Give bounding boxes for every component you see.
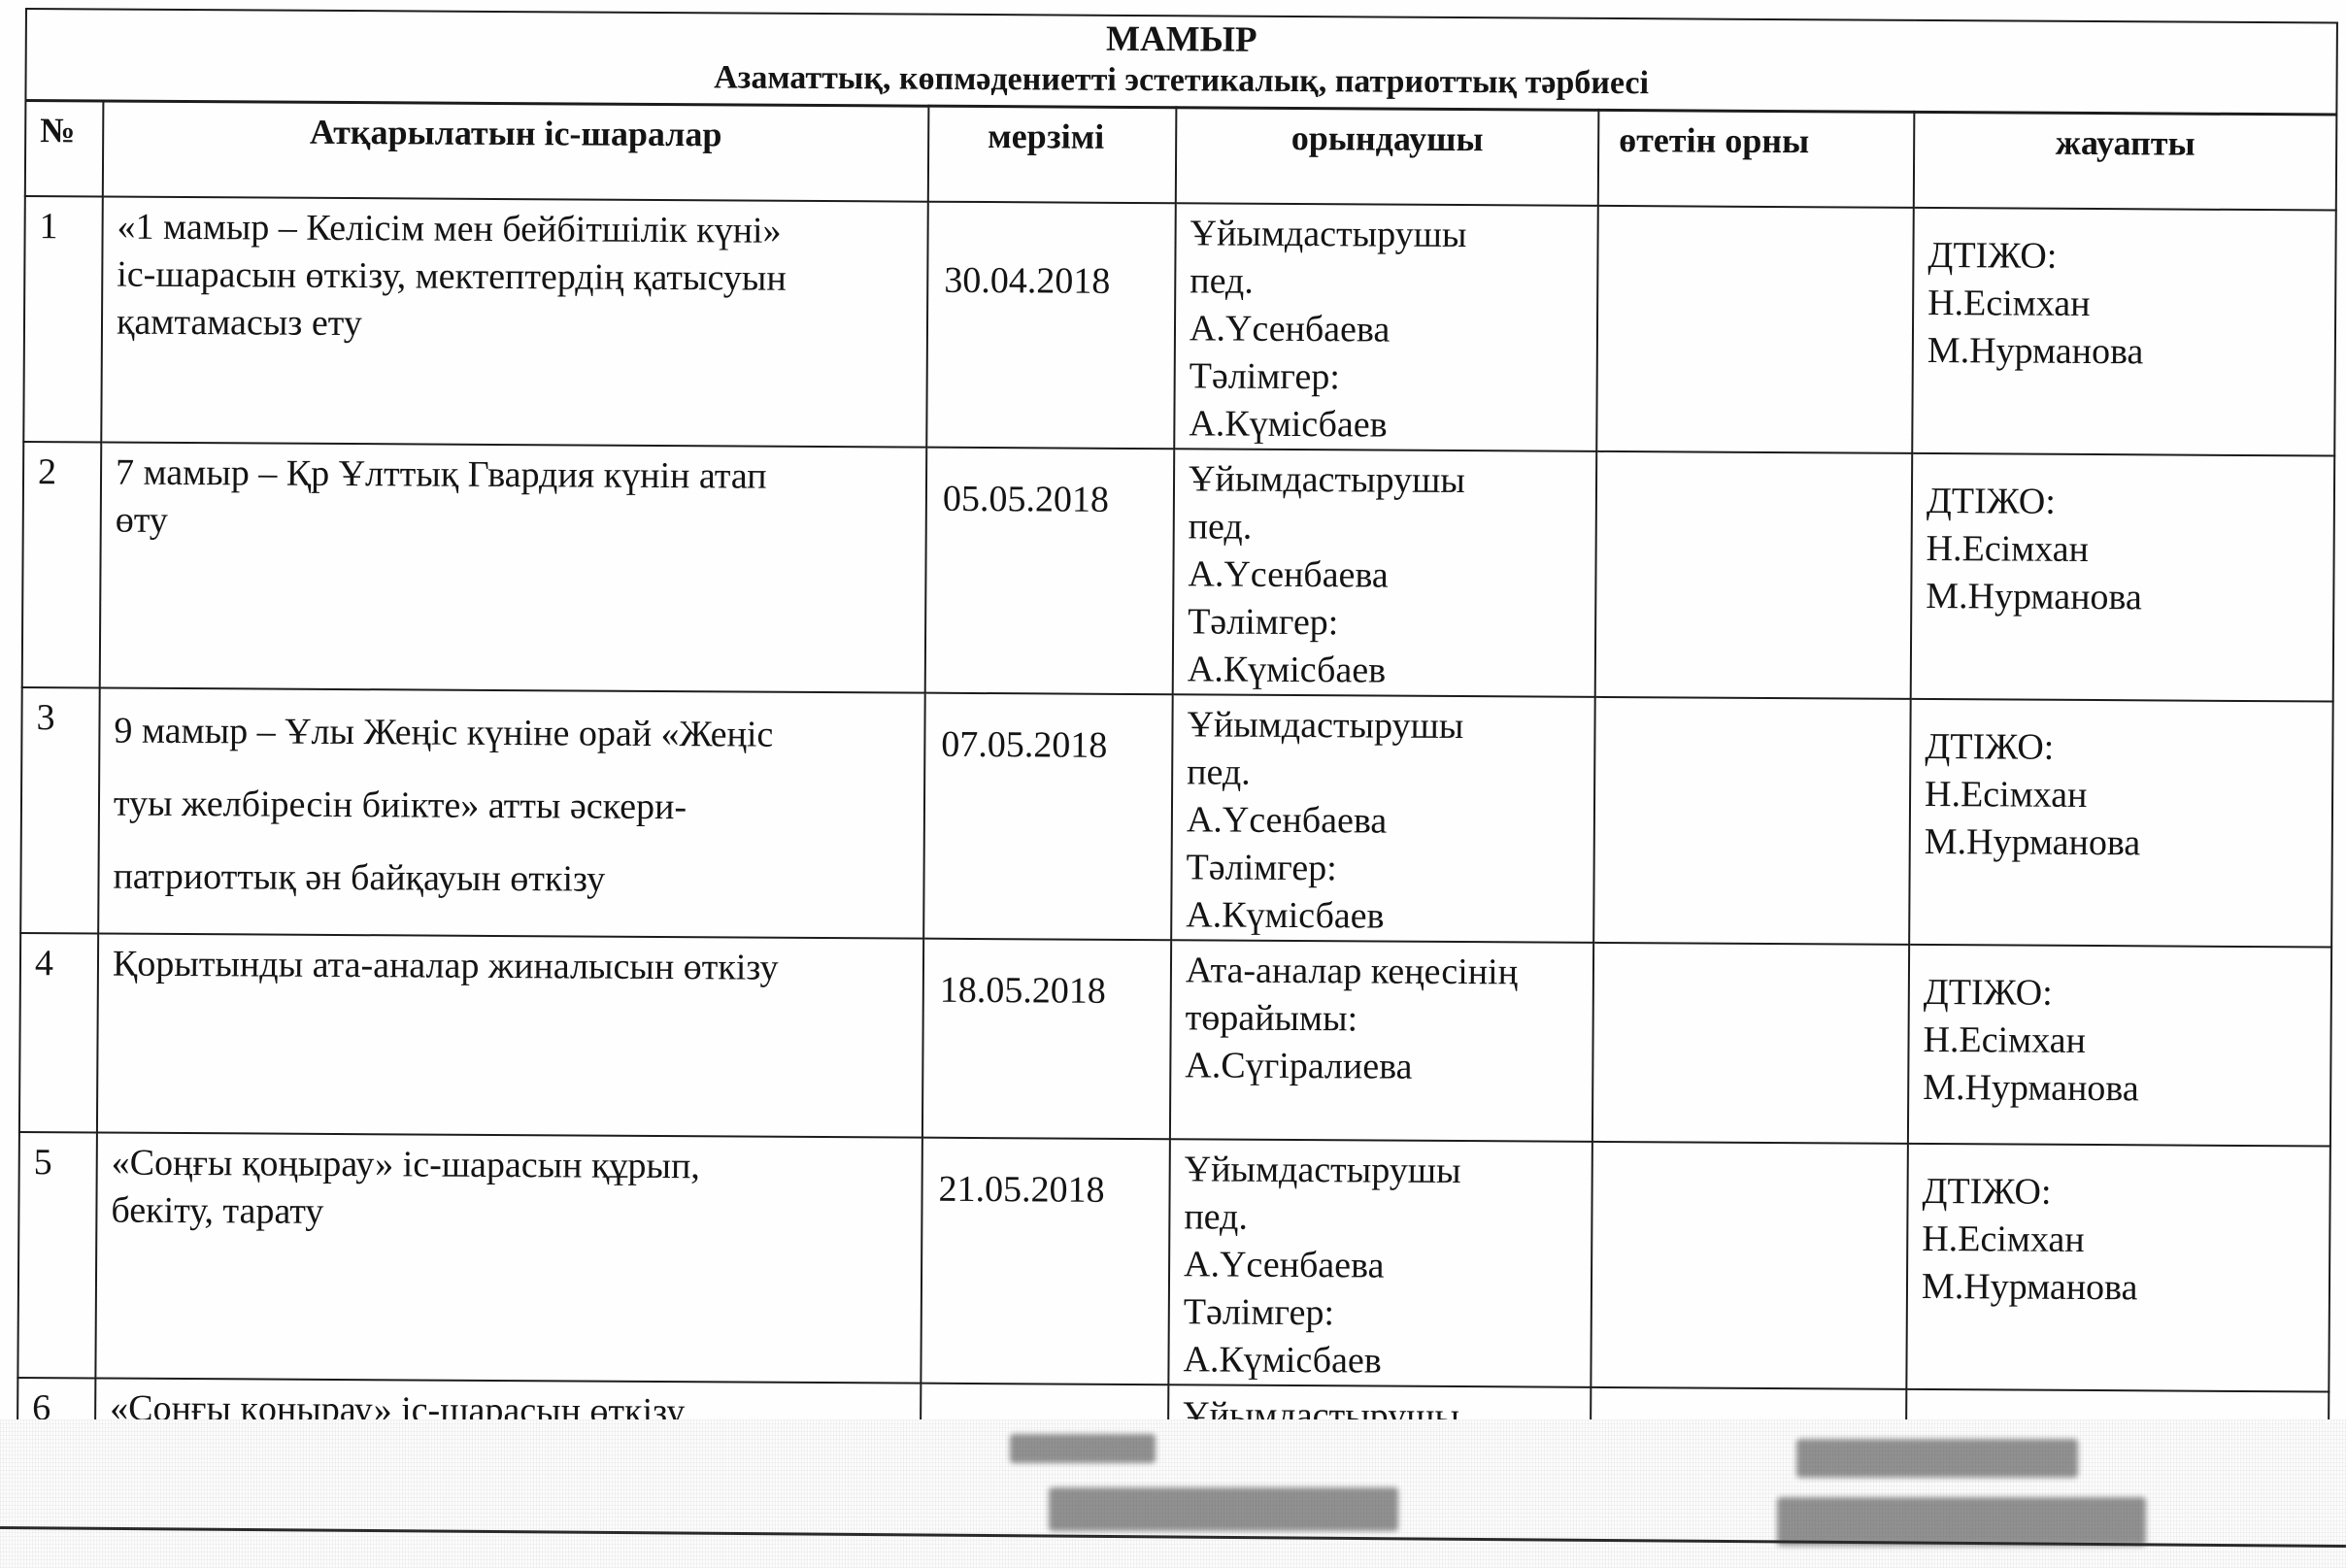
performer-text-line: Тәлімгер: (1184, 1288, 1591, 1339)
activity-text-line: «1 мамыр – Келісім мен бейбітшілік күні» (117, 204, 913, 256)
responsible-cell: ДТІЖО:Н.ЕсімханМ.Нурманова (1911, 453, 2335, 702)
performer-text-line: А.Үсенбаева (1184, 1241, 1591, 1291)
row-number: 5 (17, 1132, 97, 1378)
redaction-smudge (1010, 1434, 1156, 1463)
responsible-cell: ДТІЖО:Н.ЕсімханМ.Нурманова (1906, 1144, 2330, 1392)
row-number: 3 (20, 687, 100, 933)
responsible-cell: ДТІЖО:Н.ЕсімханМ.Нурманова (1908, 945, 2331, 1147)
venue-cell (1592, 943, 1909, 1144)
responsible-cell: ДТІЖО:Н.ЕсімханМ.Нурманова (1909, 699, 2333, 948)
responsible-text-line: ДТІЖО: (1924, 969, 2330, 1019)
activity-text-line: өту (116, 497, 912, 550)
column-header-performer: орындаушы (1176, 108, 1599, 206)
performer-text-line: А.Үсенбаева (1188, 550, 1594, 601)
deadline-cell: 30.04.2018 (926, 202, 1176, 450)
table-row: 27 мамыр – Қр Ұлттық Гвардия күнін атапө… (22, 442, 2335, 702)
performer-text-line: пед. (1189, 503, 1595, 553)
performer-text-line: А.Күмісбаев (1188, 646, 1594, 696)
table-row: 4Қорытынды ата-аналар жиналысын өткізу18… (19, 933, 2331, 1147)
performer-text-line: Тәлімгер: (1188, 598, 1594, 649)
activity-text-line: 9 мамыр – Ұлы Жеңіс күніне орай «Жеңіс (114, 695, 910, 773)
performer-text-line: Ұйымдастырушы (1185, 1146, 1592, 1196)
performer-text-line: Тәлімгер: (1190, 352, 1596, 403)
table-row: 39 мамыр – Ұлы Жеңіс күніне орай «Жеңіст… (20, 687, 2333, 948)
deadline-cell: 21.05.2018 (921, 1138, 1170, 1385)
performer-text-line: А.Сүгіралиева (1185, 1042, 1592, 1092)
responsible-text-line: М.Нурманова (1926, 573, 2332, 623)
responsible-text-line: Н.Есімхан (1925, 771, 2331, 821)
title-row: МАМЫР Азаматтық, көпмәдениетті эстетикал… (25, 9, 2337, 115)
performer-text-line: А.Үсенбаева (1187, 796, 1593, 847)
column-header-activities: Атқарылатын іс-шаралар (103, 101, 929, 202)
performer-text-line: төрайымы: (1186, 994, 1592, 1045)
responsible-cell: ДТІЖО:Н.ЕсімханМ.Нурманова (1912, 208, 2336, 456)
header-row: № Атқарылатын іс-шаралар мерзімі орындау… (25, 101, 2337, 211)
table-row: 5«Соңғы қоңырау» іс-шарасын құрып,бекіту… (17, 1132, 2330, 1392)
title-block: МАМЫР Азаматтық, көпмәдениетті эстетикал… (25, 9, 2337, 115)
activity-text-line: «Соңғы қоңырау» іс-шарасын құрып, (112, 1140, 908, 1192)
performer-text-line: Ұйымдастырушы (1189, 455, 1595, 506)
responsible-text-line: М.Нурманова (1922, 1263, 2329, 1314)
deadline-cell: 05.05.2018 (925, 448, 1175, 695)
performer-text-line: Ұйымдастырушы (1190, 210, 1596, 260)
venue-cell (1596, 206, 1914, 453)
table-body: 1«1 мамыр – Келісім мен бейбітшілік күні… (17, 196, 2336, 1528)
activity-text-line: 7 мамыр – Қр Ұлттық Гвардия күнін атап (116, 450, 912, 502)
deadline-cell: 07.05.2018 (923, 693, 1173, 941)
performer-cell: Ата-аналар кеңесініңтөрайымы:А.Сүгіралие… (1170, 940, 1593, 1142)
responsible-text-line: М.Нурманова (1925, 818, 2331, 869)
performer-text-line: А.Күмісбаев (1189, 400, 1595, 450)
activity-cell: «Соңғы қоңырау» іс-шарасын құрып,бекіту,… (95, 1132, 922, 1383)
plan-table: МАМЫР Азаматтық, көпмәдениетті эстетикал… (17, 8, 2338, 1529)
performer-text-line: пед. (1184, 1193, 1591, 1244)
redacted-scan-area (0, 1419, 2346, 1568)
responsible-text-line: Н.Есімхан (1927, 280, 2334, 330)
row-number: 4 (19, 933, 98, 1132)
responsible-text-line: ДТІЖО: (1927, 232, 2334, 283)
responsible-text-line: ДТІЖО: (1927, 478, 2333, 528)
activity-text-line: патриоттық ән байқауын өткізу (113, 841, 909, 918)
responsible-text-line: Н.Есімхан (1923, 1017, 2329, 1067)
redaction-smudge (1049, 1487, 1398, 1531)
row-number: 2 (22, 442, 102, 687)
responsible-text-line: Н.Есімхан (1922, 1216, 2329, 1266)
performer-text-line: пед. (1190, 257, 1596, 308)
responsible-text-line: Н.Есімхан (1926, 525, 2332, 576)
table-row: 1«1 мамыр – Келісім мен бейбітшілік күні… (23, 196, 2336, 456)
performer-text-line: Ұйымдастырушы (1187, 701, 1593, 751)
column-header-venue: өтетін орны (1598, 110, 1915, 207)
activity-cell: «1 мамыр – Келісім мен бейбітшілік күні»… (101, 196, 928, 447)
performer-cell: Ұйымдастырушыпед.А.ҮсенбаеваТәлімгер:А.К… (1168, 1139, 1592, 1387)
performer-cell: Ұйымдастырушыпед.А.ҮсенбаеваТәлімгер:А.К… (1174, 203, 1598, 451)
column-header-deadline: мерзімі (928, 106, 1177, 203)
activity-cell: 9 мамыр – Ұлы Жеңіс күніне орай «Жеңісту… (98, 687, 925, 938)
performer-cell: Ұйымдастырушыпед.А.ҮсенбаеваТәлімгер:А.К… (1171, 694, 1595, 943)
row-number: 1 (23, 196, 103, 442)
activity-text-line: туы желбіресін биікте» атты әскери- (114, 768, 910, 846)
performer-text-line: Тәлімгер: (1186, 844, 1592, 894)
scanned-page: МАМЫР Азаматтық, көпмәдениетті эстетикал… (0, 0, 2346, 1568)
performer-text-line: А.Күмісбаев (1186, 891, 1592, 942)
activity-text-line: Қорытынды ата-аналар жиналысын өткізу (113, 941, 909, 993)
activity-cell: 7 мамыр – Қр Ұлттық Гвардия күнін атапөт… (100, 442, 927, 692)
venue-cell (1591, 1142, 1908, 1389)
performer-text-line: Ата-аналар кеңесінің (1186, 947, 1592, 997)
performer-text-line: А.Үсенбаева (1190, 305, 1596, 355)
activity-text-line: бекіту, тарату (111, 1187, 907, 1240)
redaction-smudge (1777, 1497, 2146, 1546)
column-header-responsible: жауапты (1914, 112, 2337, 210)
activity-text-line: іс-шарасын өткізу, мектептердің қатысуын (117, 251, 913, 304)
responsible-text-line: ДТІЖО: (1925, 723, 2331, 774)
venue-cell (1595, 451, 1913, 699)
performer-text-line: А.Күмісбаев (1183, 1336, 1590, 1386)
responsible-text-line: М.Нурманова (1927, 327, 2334, 378)
column-header-number: № (25, 101, 104, 197)
performer-text-line: пед. (1187, 749, 1593, 799)
responsible-text-line: М.Нурманова (1923, 1064, 2329, 1115)
venue-cell (1593, 697, 1911, 945)
performer-cell: Ұйымдастырушыпед.А.ҮсенбаеваТәлімгер:А.К… (1173, 449, 1597, 697)
responsible-text-line: ДТІЖО: (1922, 1168, 2329, 1218)
activity-text-line: қамтамасыз ету (117, 299, 913, 351)
activity-cell: Қорытынды ата-аналар жиналысын өткізу (97, 933, 923, 1137)
deadline-cell: 18.05.2018 (922, 939, 1171, 1140)
redaction-smudge (1796, 1439, 2078, 1478)
